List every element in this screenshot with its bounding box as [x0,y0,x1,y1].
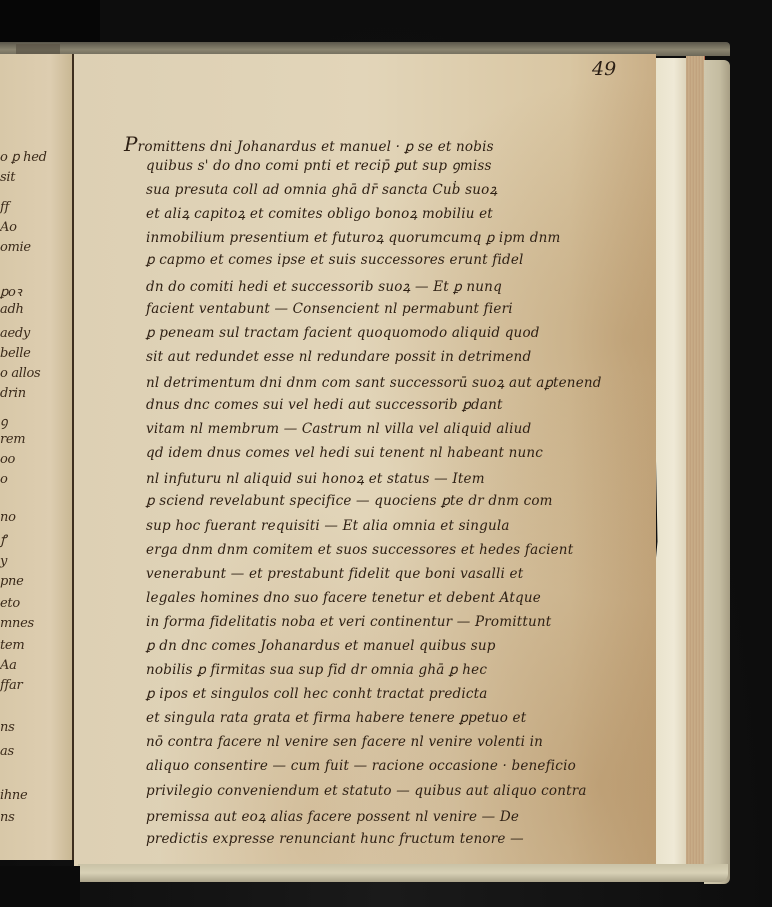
margin-word-fragment: oo [0,452,15,467]
manuscript-line: ꝑ peneam sul tractam facient quoquomodo … [124,325,634,349]
margin-word-fragment: mnes [0,616,34,631]
margin-word-fragment: ffar [0,678,22,693]
page-edges [686,56,705,866]
margin-word-fragment: y [0,554,7,569]
margin-word-fragment: aedy [0,326,30,341]
margin-word-fragment: Aa [0,658,17,673]
margin-word-fragment: rem [0,432,25,447]
manuscript-line: sit aut redundet esse nl redundare possi… [124,349,634,373]
folio-number: 49 [592,58,616,80]
manuscript-line: venerabunt — et prestabunt fidelit que b… [124,566,634,590]
manuscript-line: et singula rata grata et firma habere te… [124,710,634,734]
margin-word-fragment: omie [0,240,31,255]
binding-right-edge [704,60,730,884]
margin-word-fragment: Ao [0,220,17,235]
folio-page: 49 Promittens dni Johanardus et manuel ·… [74,54,656,867]
dark-spine-area [0,0,100,44]
margin-word-fragment: as [0,744,14,759]
manuscript-line: quibus s' do dno comi pnti et recip̄ ꝑut… [124,156,634,180]
manuscript-line: erga dnm dnm comitem et suos successores… [124,542,634,566]
margin-word-fragment: ns [0,810,14,825]
manuscript-line: vitam nl membrum — Castrum nl villa vel … [124,421,634,445]
manuscript-line: nl detrimentum dni dnm com sant successo… [124,373,634,397]
manuscript-line: inmobilium presentium et futuroꝝ quorumc… [124,228,634,252]
margin-word-fragment: ꝑoꝛ [0,282,21,300]
margin-word-fragment: adh [0,302,24,317]
margin-word-fragment: o ꝑ hed [0,150,47,165]
manuscript-line: ꝑ capmo et comes ipse et suis successore… [124,252,634,276]
manuscript-line: sua presuta coll ad omnia ghā dr̄ sancta… [124,180,634,204]
binding-bottom-edge [78,864,728,882]
manuscript-line: nō contra facere nl venire sen facere nl… [124,734,634,758]
manuscript-line: in forma fidelitatis noba et veri contin… [124,614,634,638]
manuscript-line: legales homines dno suo facere tenetur e… [124,590,634,614]
margin-word-fragment: ꝭ [0,530,6,548]
manuscript-line: premissa aut eoꝝ alias facere possent nl… [124,807,634,831]
margin-word-fragment: ihne [0,788,27,803]
margin-word-fragment: ff [0,200,9,215]
manuscript-line: privilegio conveniendum et statuto — qui… [124,783,634,807]
manuscript-line: sup hoc fuerant requisiti — Et alia omni… [124,518,634,542]
manuscript-line: ꝑ sciend revelabunt specifice — quociens… [124,493,634,517]
manuscript-line: dnus dnc comes sui vel hedi aut successo… [124,397,634,421]
manuscript-text-block: Promittens dni Johanardus et manuel · ꝑ … [124,132,634,855]
manuscript-line: aliquo consentire — cum fuit — racione o… [124,758,634,782]
margin-word-fragment: belle [0,346,31,361]
margin-word-fragment: tem [0,638,24,653]
shadow-area [0,866,80,907]
manuscript-line: Promittens dni Johanardus et manuel · ꝑ … [124,132,634,156]
manuscript-line: facient ventabunt — Consencient nl perma… [124,301,634,325]
margin-word-fragment: pne [0,574,24,589]
binding-label-strip [16,44,60,54]
facing-page-left: o ꝑ hedsitffAoomieꝑoꝛadhaedybelleo allos… [0,54,74,860]
margin-word-fragment: o [0,472,8,487]
flyleaf-strip [656,58,686,864]
manuscript-line: qd idem dnus comes vel hedi sui tenent n… [124,445,634,469]
margin-word-fragment: drin [0,386,26,401]
margin-word-fragment: ns [0,720,14,735]
margin-word-fragment: ꝯ [0,412,7,430]
manuscript-photo: o ꝑ hedsitffAoomieꝑoꝛadhaedybelleo allos… [0,0,772,907]
manuscript-line: ꝑ dn dnc comes Johanardus et manuel quib… [124,638,634,662]
margin-word-fragment: no [0,510,16,525]
manuscript-line: nl infuturu nl aliquid sui honoꝝ et stat… [124,469,634,493]
margin-word-fragment: o allos [0,366,40,381]
margin-word-fragment: sit [0,170,15,185]
manuscript-line: et aliꝝ capitoꝝ et comites obligo bonoꝝ … [124,204,634,228]
margin-word-fragment: eto [0,596,20,611]
manuscript-line: dn do comiti hedi et successorib suoꝝ — … [124,277,634,301]
manuscript-line: predictis expresse renunciant hunc fruct… [124,831,634,855]
manuscript-line: nobilis ꝑ firmitas sua sup fid dr omnia … [124,662,634,686]
manuscript-line: ꝑ ipos et singulos coll hec conht tracta… [124,686,634,710]
